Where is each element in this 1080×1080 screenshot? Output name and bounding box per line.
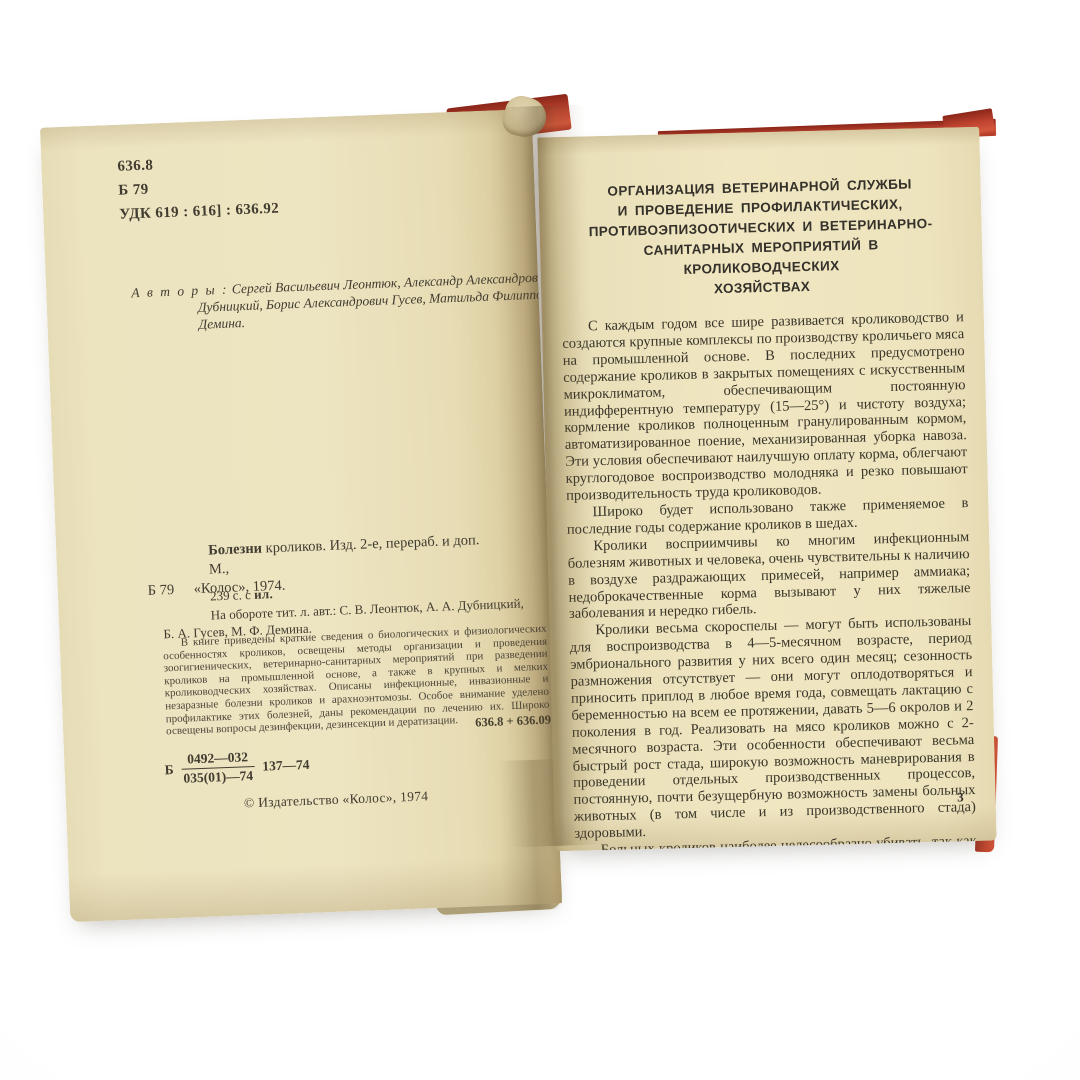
body-paragraph: Кролики восприимчивы ко многим инфекцион…: [567, 529, 971, 623]
chapter-heading: ОРГАНИЗАЦИЯ ВЕТЕРИНАРНОЙ СЛУЖБЫ И ПРОВЕД…: [564, 173, 957, 302]
right-page: ОРГАНИЗАЦИЯ ВЕТЕРИНАРНОЙ СЛУЖБЫ И ПРОВЕД…: [537, 127, 996, 852]
pages-count-ill: ил.: [254, 586, 273, 602]
catalog-formula: Б 0492—032 035(01)—74 137—74: [164, 747, 310, 788]
authors-note: А в т о р ы : Сергей Васильевич Леонтюк,…: [131, 266, 562, 335]
left-page: 636.8 Б 79 УДК 619 : 616] : 636.92 А в т…: [40, 109, 562, 922]
catalog-entry-index: Б 79: [147, 580, 194, 601]
right-page-content: ОРГАНИЗАЦИЯ ВЕТЕРИНАРНОЙ СЛУЖБЫ И ПРОВЕД…: [537, 127, 996, 852]
formula-prefix: Б: [164, 762, 174, 778]
formula-suffix: 137—74: [262, 756, 310, 774]
chapter-body: С каждым годом все шире развивается крол…: [562, 309, 978, 851]
body-paragraph: С каждым годом все шире развивается крол…: [562, 309, 968, 505]
catalog-entry-title: Болезни: [208, 541, 262, 559]
body-paragraph: Кролики весьма скороспелы — могут быть и…: [569, 613, 976, 843]
formula-fraction: 0492—032 035(01)—74: [181, 749, 255, 787]
copyright-line: © Издательство «Колос», 1974: [244, 788, 429, 811]
pages-count-note: 239 с. с ил.: [210, 586, 274, 604]
page-number: 3: [957, 789, 964, 805]
authors-names: Сергей Васильевич Леонтюк, Александр Але…: [198, 269, 562, 332]
authors-label: А в т о р ы :: [131, 282, 229, 301]
library-code-line: УДК 619 : 616] : 636.92: [119, 197, 280, 227]
pages-count-text: 239 с. с: [210, 587, 255, 604]
photo-of-open-book: { "scene": { "type": "photograph of an o…: [0, 0, 1080, 1080]
photo-background: 636.8 Б 79 УДК 619 : 616] : 636.92 А в т…: [0, 0, 1080, 1080]
catalog-entry: Болезни кроликов. Изд. 2-е, перераб. и д…: [142, 530, 504, 601]
library-codes: 636.8 Б 79 УДК 619 : 616] : 636.92: [117, 149, 280, 227]
fraction-denominator: 035(01)—74: [182, 767, 255, 787]
